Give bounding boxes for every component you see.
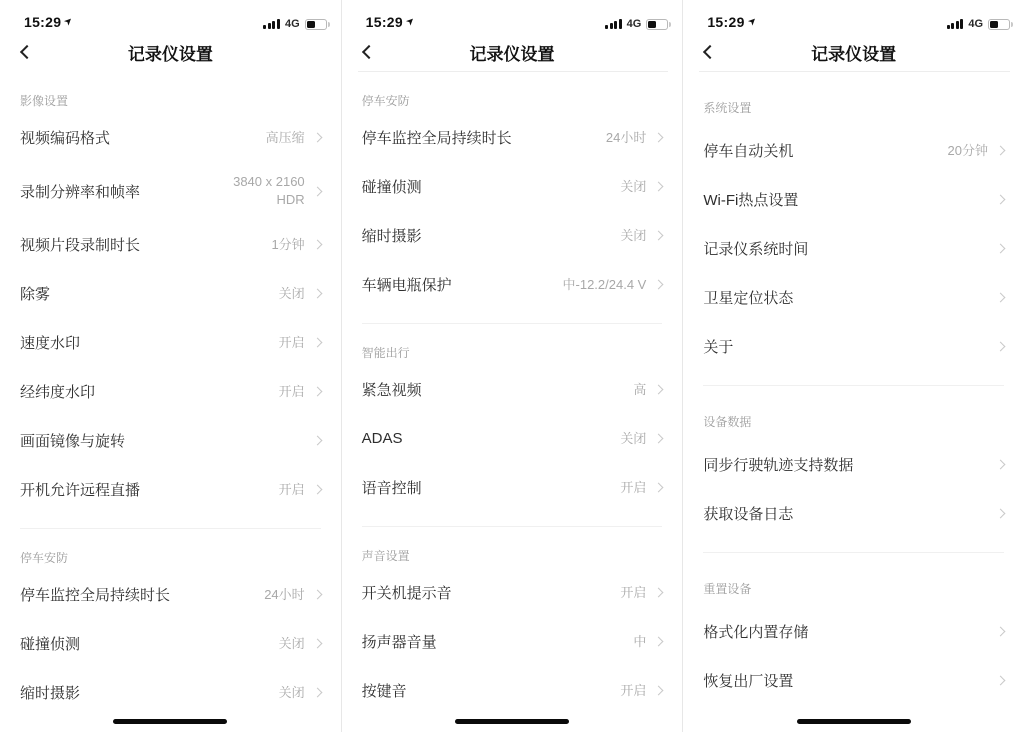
setting-value: 开启 [279, 481, 305, 499]
setting-label: 停车监控全局持续时长 [362, 127, 606, 148]
setting-label: 格式化内置存储 [703, 621, 988, 642]
setting-label: 语音控制 [362, 477, 621, 498]
nav-bar: 记录仪设置 [342, 32, 683, 72]
section-title: 重置设备 [703, 553, 1004, 607]
setting-row[interactable]: 除雾 关闭 [20, 269, 321, 318]
setting-value: 关闭 [620, 227, 646, 245]
chevron-right-icon [312, 387, 322, 397]
setting-label: 开机允许远程直播 [20, 479, 279, 500]
section-title: 智能出行 [362, 324, 663, 365]
chevron-right-icon [312, 338, 322, 348]
chevron-right-icon [312, 133, 322, 143]
setting-row[interactable]: 视频编码格式 高压缩 [20, 113, 321, 162]
setting-value: 高压缩 [266, 129, 305, 147]
setting-row[interactable]: 记录仪系统时间 [703, 224, 1004, 273]
setting-row[interactable]: 碰撞侦测 关闭 [362, 162, 663, 211]
setting-value: 中 [633, 633, 646, 651]
setting-row[interactable]: 视频片段录制时长 1分钟 [20, 220, 321, 269]
chevron-right-icon [312, 590, 322, 600]
chevron-right-icon [312, 485, 322, 495]
setting-label: 视频编码格式 [20, 127, 266, 148]
setting-row[interactable]: 卫星定位状态 [703, 273, 1004, 322]
chevron-right-icon [996, 342, 1006, 352]
setting-row[interactable]: Wi-Fi热点设置 [703, 175, 1004, 224]
page-title: 记录仪设置 [60, 40, 281, 65]
section-title: 系统设置 [703, 72, 1004, 126]
setting-label: 除雾 [20, 283, 279, 304]
setting-label: 记录仪系统时间 [703, 238, 988, 259]
setting-value: 24小时 [264, 586, 304, 604]
chevron-right-icon [996, 146, 1006, 156]
setting-label: 恢复出厂设置 [703, 670, 988, 691]
setting-label: ADAS [362, 430, 621, 447]
home-indicator[interactable] [455, 719, 569, 724]
chevron-right-icon [312, 186, 322, 196]
setting-label: 同步行驶轨迹支持数据 [703, 454, 988, 475]
setting-row[interactable]: 紧急视频 高 [362, 365, 663, 414]
signal-icon [605, 19, 622, 29]
page-title: 记录仪设置 [402, 40, 623, 65]
section-title: 声音设置 [362, 527, 663, 568]
chevron-right-icon [312, 240, 322, 250]
location-icon: ➤ [405, 15, 418, 28]
chevron-right-icon [312, 639, 322, 649]
setting-label: 录制分辨率和帧率 [20, 181, 233, 202]
setting-label: 碰撞侦测 [20, 633, 279, 654]
setting-row[interactable]: 开机允许远程直播 开启 [20, 465, 321, 514]
nav-bar: 记录仪设置 [0, 32, 341, 72]
setting-row[interactable]: 关于 [703, 322, 1004, 371]
setting-value: 开启 [620, 584, 646, 602]
chevron-right-icon [654, 385, 664, 395]
setting-value: 3840 x 2160 HDR [233, 173, 305, 208]
chevron-right-icon [654, 182, 664, 192]
setting-label: 开关机提示音 [362, 582, 621, 603]
status-bar: 15:29 ➤ 4G [0, 0, 341, 32]
network-type: 4G [968, 18, 983, 30]
setting-row[interactable]: 经纬度水印 开启 [20, 367, 321, 416]
setting-label: 缩时摄影 [20, 682, 279, 703]
setting-value: 20分钟 [948, 142, 988, 160]
setting-value: 24小时 [606, 129, 646, 147]
status-time: 15:29 [366, 14, 403, 30]
setting-value: 关闭 [620, 178, 646, 196]
setting-label: 缩时摄影 [362, 225, 621, 246]
signal-icon [263, 19, 280, 29]
chevron-right-icon [654, 637, 664, 647]
setting-row[interactable]: 车辆电瓶保护 中-12.2/24.4 V [362, 260, 663, 309]
battery-icon [988, 19, 1010, 30]
setting-label: 关于 [703, 336, 988, 357]
location-icon: ➤ [63, 15, 76, 28]
setting-label: 碰撞侦测 [362, 176, 621, 197]
chevron-right-icon [654, 686, 664, 696]
setting-row[interactable]: 扬声器音量 中 [362, 617, 663, 666]
chevron-right-icon [654, 280, 664, 290]
setting-row[interactable]: ADAS 关闭 [362, 414, 663, 463]
setting-row[interactable]: 获取设备日志 [703, 489, 1004, 538]
chevron-right-icon [996, 244, 1006, 254]
back-button[interactable] [703, 45, 717, 59]
setting-value: 关闭 [620, 430, 646, 448]
setting-row[interactable]: 缩时摄影 关闭 [20, 668, 321, 717]
chevron-right-icon [654, 434, 664, 444]
chevron-right-icon [996, 195, 1006, 205]
back-button[interactable] [362, 45, 376, 59]
setting-label: 停车自动关机 [703, 140, 947, 161]
chevron-right-icon [312, 289, 322, 299]
setting-row[interactable]: 开关机提示音 开启 [362, 568, 663, 617]
chevron-right-icon [996, 509, 1006, 519]
battery-icon [305, 19, 327, 30]
chevron-right-icon [996, 676, 1006, 686]
chevron-right-icon [312, 688, 322, 698]
setting-value: 开启 [620, 682, 646, 700]
setting-row[interactable]: 恢复出厂设置 [703, 656, 1004, 705]
setting-label: 停车监控全局持续时长 [20, 584, 264, 605]
back-button[interactable] [20, 45, 34, 59]
setting-value: 开启 [279, 383, 305, 401]
section-title: 停车安防 [362, 72, 663, 113]
setting-row[interactable]: 格式化内置存储 [703, 607, 1004, 656]
setting-label: Wi-Fi热点设置 [703, 189, 988, 210]
setting-value: 关闭 [279, 684, 305, 702]
chevron-right-icon [312, 436, 322, 446]
phone-panel-3: 15:29 ➤ 4G 记录仪设置 系统设置 停车自动关机 20分钟 Wi-Fi热… [682, 0, 1024, 732]
battery-icon [646, 19, 668, 30]
setting-value: 高 [633, 381, 646, 399]
setting-row[interactable]: 同步行驶轨迹支持数据 [703, 440, 1004, 489]
setting-label: 车辆电瓶保护 [362, 274, 563, 295]
setting-row[interactable]: 缩时摄影 关闭 [362, 211, 663, 260]
setting-row[interactable]: 画面镜像与旋转 [20, 416, 321, 465]
setting-label: 画面镜像与旋转 [20, 430, 305, 451]
chevron-right-icon [654, 231, 664, 241]
setting-value: 1分钟 [271, 236, 304, 254]
setting-label: 卫星定位状态 [703, 287, 988, 308]
chevron-right-icon [996, 627, 1006, 637]
page-title: 记录仪设置 [743, 40, 964, 65]
status-bar: 15:29 ➤ 4G [342, 0, 683, 32]
status-bar: 15:29 ➤ 4G [683, 0, 1024, 32]
setting-value: 关闭 [279, 635, 305, 653]
section-title: 设备数据 [703, 386, 1004, 440]
phone-panel-2: 15:29 ➤ 4G 记录仪设置 停车安防 停车监控全局持续时长 24小时 碰撞… [341, 0, 683, 732]
home-indicator[interactable] [113, 719, 227, 724]
phone-panel-1: 15:29 ➤ 4G 记录仪设置 影像设置 视频编码格式 高压缩 录制分辨率和帧… [0, 0, 341, 732]
setting-row[interactable]: 语音控制 开启 [362, 463, 663, 512]
section-title: 停车安防 [20, 529, 321, 570]
setting-label: 紧急视频 [362, 379, 634, 400]
setting-value: 关闭 [279, 285, 305, 303]
setting-label: 扬声器音量 [362, 631, 634, 652]
setting-label: 速度水印 [20, 332, 279, 353]
setting-row[interactable]: 速度水印 开启 [20, 318, 321, 367]
chevron-right-icon [654, 133, 664, 143]
setting-row[interactable]: 停车监控全局持续时长 24小时 [20, 570, 321, 619]
status-time: 15:29 [707, 14, 744, 30]
setting-row[interactable]: 停车监控全局持续时长 24小时 [362, 113, 663, 162]
nav-bar: 记录仪设置 [683, 32, 1024, 72]
chevron-right-icon [654, 483, 664, 493]
network-type: 4G [285, 18, 300, 30]
setting-row[interactable]: 停车自动关机 20分钟 [703, 126, 1004, 175]
chevron-right-icon [996, 460, 1006, 470]
setting-value: 开启 [620, 479, 646, 497]
setting-row[interactable]: 碰撞侦测 关闭 [20, 619, 321, 668]
chevron-right-icon [654, 588, 664, 598]
status-time: 15:29 [24, 14, 61, 30]
setting-label: 经纬度水印 [20, 381, 279, 402]
signal-icon [947, 19, 964, 29]
setting-row[interactable]: 按键音 开启 [362, 666, 663, 715]
setting-label: 视频片段录制时长 [20, 234, 271, 255]
setting-value: 开启 [279, 334, 305, 352]
chevron-right-icon [996, 293, 1006, 303]
setting-label: 获取设备日志 [703, 503, 988, 524]
network-type: 4G [627, 18, 642, 30]
home-indicator[interactable] [797, 719, 911, 724]
setting-value: 中-12.2/24.4 V [563, 276, 647, 294]
section-title: 影像设置 [20, 72, 321, 113]
location-icon: ➤ [746, 15, 759, 28]
setting-label: 按键音 [362, 680, 621, 701]
setting-row[interactable]: 录制分辨率和帧率 3840 x 2160 HDR [20, 162, 321, 220]
